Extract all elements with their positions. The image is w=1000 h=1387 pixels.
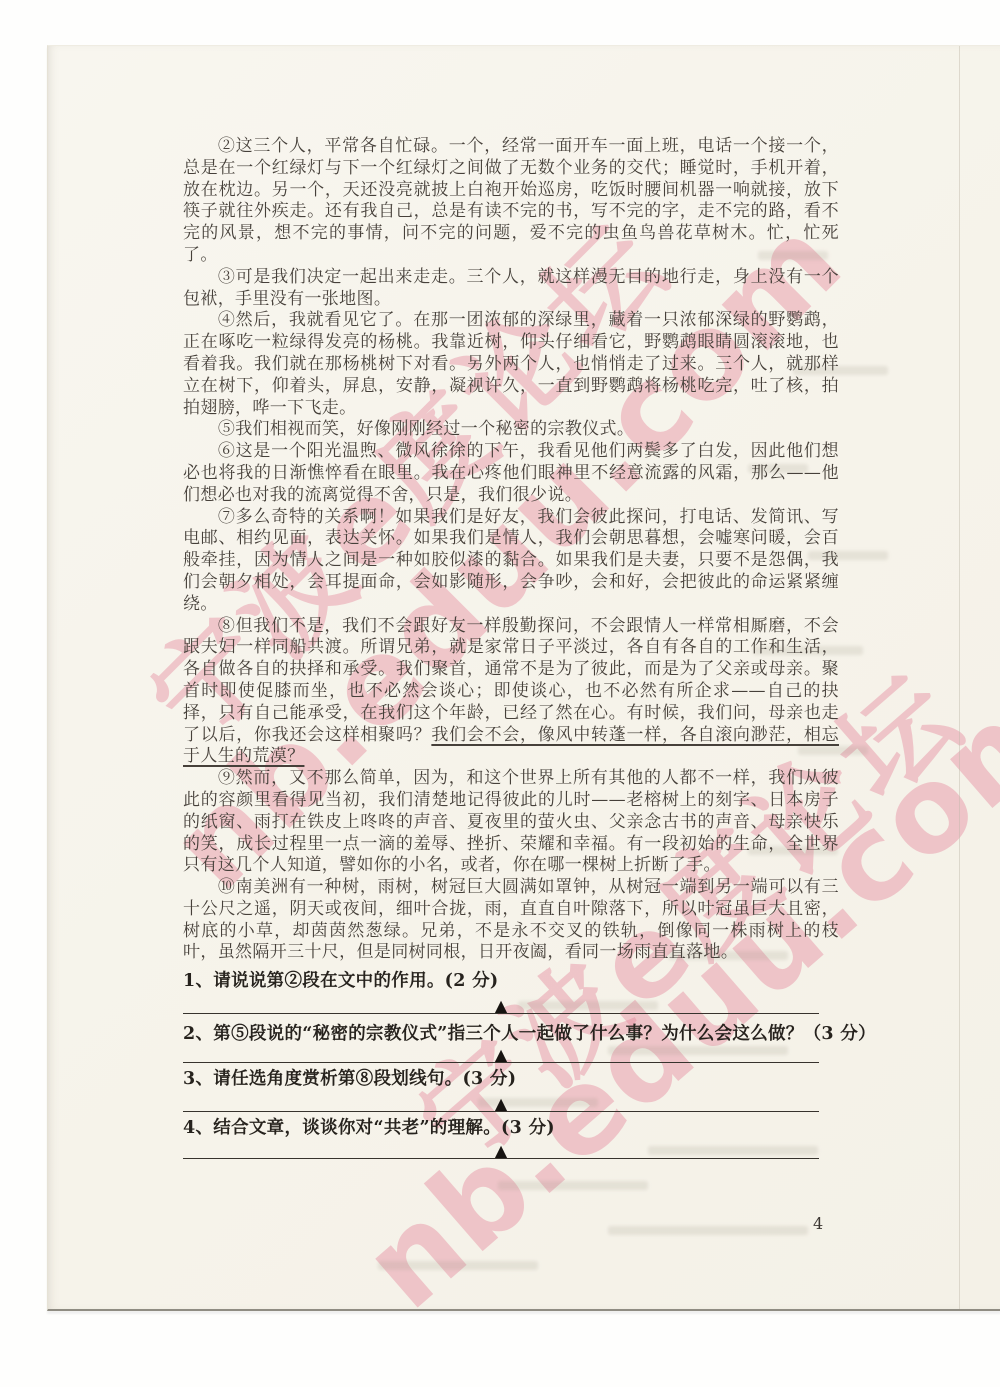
answer-marker-icon: ▲ bbox=[495, 1143, 507, 1159]
paragraph-4: ④然后，我就看见它了。在那一团浓郁的深绿里，藏着一只浓郁深绿的野鹦鹉，正在啄吃一… bbox=[183, 310, 839, 419]
answer-line-3: ▲ bbox=[183, 1085, 819, 1112]
answer-line-1: ▲ bbox=[183, 987, 819, 1014]
reading-passage: ②这三个人，平常各自忙碌。一个，经常一面开车一面上班，电话一个接一个，总是在一个… bbox=[183, 136, 839, 964]
paragraph-10: ⑩南美洲有一种树，雨树，树冠巨大圆满如罩钟，从树冠一端到另一端可以有三十公尺之遥… bbox=[183, 877, 839, 964]
paragraph-8: ⑧但我们不是，我们不会跟好友一样殷勤探问，不会跟情人一样常相厮磨，不会跟夫妇一样… bbox=[183, 616, 839, 769]
scan-background: 宁波e度论坛 nb.eduu.com 宁波e度论坛 nb.eduu.com ② bbox=[0, 0, 1000, 1387]
answer-line-2: ▲ bbox=[183, 1036, 819, 1063]
answer-marker-icon: ▲ bbox=[495, 1047, 507, 1063]
page-number: 4 bbox=[813, 1214, 824, 1233]
paragraph-6: ⑥这是一个阳光温煦、微风徐徐的下午，我看见他们两鬓多了白发，因此他们想必也将我的… bbox=[183, 441, 839, 506]
paragraph-9: ⑨然而，又不那么简单，因为，和这个世界上所有其他的人都不一样，我们从彼此的容颜里… bbox=[183, 768, 839, 877]
answer-marker-icon: ▲ bbox=[495, 998, 507, 1014]
paragraph-3: ③可是我们决定一起出来走走。三个人，就这样漫无目的地行走，身上没有一个包袱，手里… bbox=[183, 267, 839, 311]
answer-line-4: ▲ bbox=[183, 1132, 819, 1159]
paragraph-7: ⑦多么奇特的关系啊！如果我们是好友，我们会彼此探问，打电话、发简讯、写电邮、相约… bbox=[183, 507, 839, 616]
paragraph-5: ⑤我们相视而笑，好像刚刚经过一个秘密的宗教仪式。 bbox=[183, 419, 839, 441]
answer-marker-icon: ▲ bbox=[495, 1096, 507, 1112]
paper-fold-line bbox=[959, 46, 960, 1309]
paragraph-2: ②这三个人，平常各自忙碌。一个，经常一面开车一面上班，电话一个接一个，总是在一个… bbox=[183, 136, 839, 267]
paper-sheet: 宁波e度论坛 nb.eduu.com 宁波e度论坛 nb.eduu.com ② bbox=[47, 45, 1000, 1311]
